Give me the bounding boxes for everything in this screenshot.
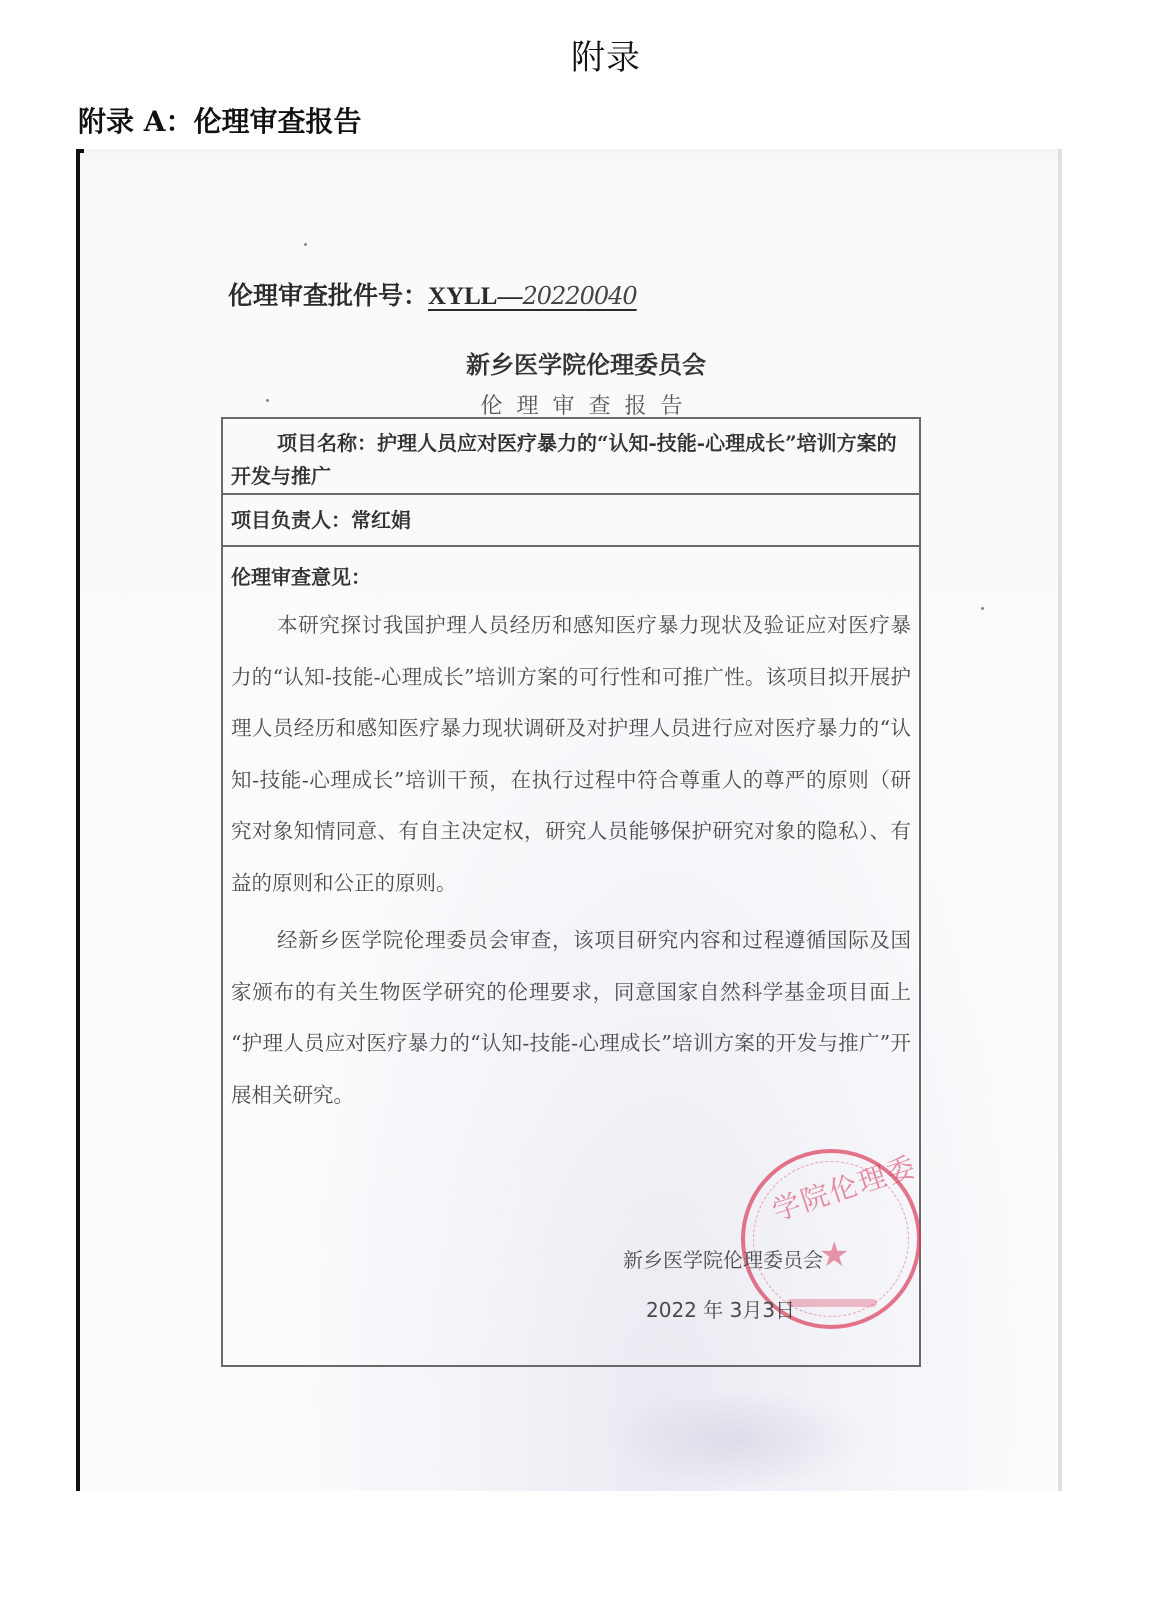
project-leader-value: 常红娟 [351,508,411,532]
scan-corner-mark [76,149,84,153]
approval-number: 伦理审查批件号：XYLL—20220040 [228,276,637,312]
approval-code-handwritten: 20220040 [522,282,636,310]
committee-title: 新乡医学院伦理委员会 [76,345,1096,380]
scan-smudge [606,1389,866,1489]
opinion-paragraph: 本研究探讨我国护理人员经历和感知医疗暴力现状及验证应对医疗暴力的“认知-技能-心… [231,600,911,909]
report-form-table: 项目名称：护理人员应对医疗暴力的“认知-技能-心理成长”培训方案的开发与推广 项… [221,417,921,1367]
project-name-label: 项目名称： [231,431,377,455]
section-heading: 附录 A：伦理审查报告 [78,100,361,140]
star-icon: ★ [819,1235,849,1275]
project-name-row: 项目名称：护理人员应对医疗暴力的“认知-技能-心理成长”培训方案的开发与推广 [223,419,919,495]
opinion-heading: 伦理审查意见： [231,561,911,590]
signature-organization: 新乡医学院伦理委员会 [623,1244,823,1273]
scan-speck [981,607,984,610]
approval-code-prefix: XYLL— [428,283,522,310]
report-title: 伦理审查报告 [76,389,1101,420]
seal-serial-band [787,1299,877,1307]
project-leader-row: 项目负责人：常红娟 [223,495,919,547]
approval-label: 伦理审查批件号： [228,281,428,310]
scanned-ethics-report: 伦理审查批件号：XYLL—20220040 新乡医学院伦理委员会 伦理审查报告 … [76,149,1062,1491]
project-leader-label: 项目负责人： [231,508,351,532]
opinion-paragraph: 经新乡医学院伦理委员会审查，该项目研究内容和过程遵循国际及国家颁布的有关生物医学… [231,915,911,1121]
scan-speck [304,243,307,246]
appendix-title: 附录 [0,30,1172,79]
signature-date: 2022 年 3月3日 [646,1294,795,1323]
